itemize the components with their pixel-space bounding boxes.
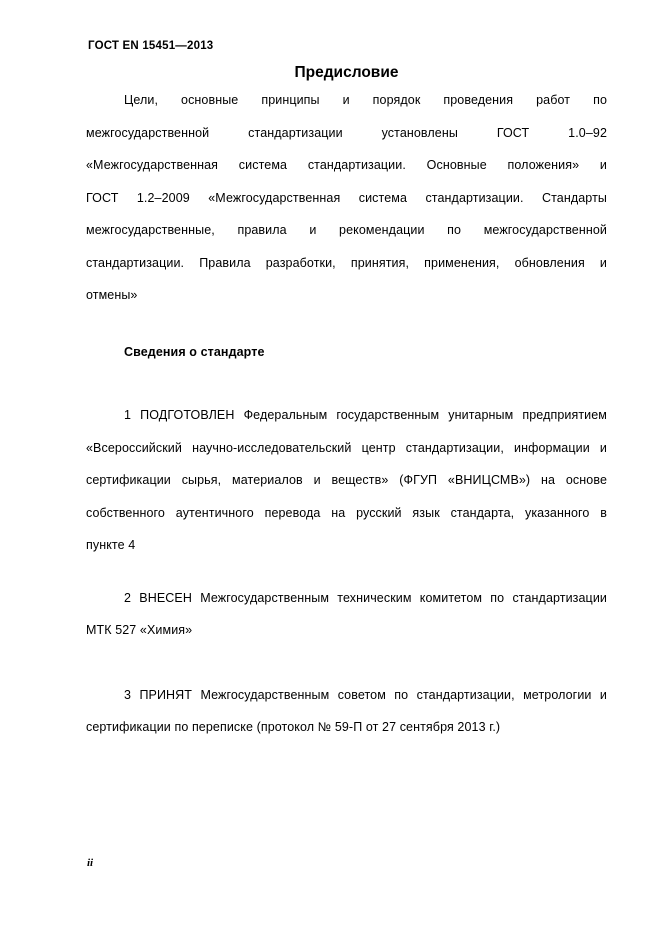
text-line: сертификации сырья, материалов и веществ… bbox=[86, 464, 607, 497]
document-page: ГОСТ EN 15451—2013 Предисловие Цели, осн… bbox=[0, 0, 661, 935]
text-line: собственного аутентичного перевода на ру… bbox=[86, 497, 607, 530]
text-line: сертификации по переписке (протокол № 59… bbox=[86, 711, 607, 744]
intro-paragraph: Цели, основные принципы и порядок провед… bbox=[86, 84, 607, 312]
text-line: 1 ПОДГОТОВЛЕН Федеральным государственны… bbox=[86, 399, 607, 432]
text-line: «Всероссийский научно-исследовательский … bbox=[86, 432, 607, 465]
text-line: пункте 4 bbox=[86, 529, 607, 562]
text-line: 2 ВНЕСЕН Межгосударственным техническим … bbox=[86, 582, 607, 615]
text-line: отмены» bbox=[86, 279, 607, 312]
text-line: межгосударственные, правила и рекомендац… bbox=[86, 214, 607, 247]
text-line: «Межгосударственная система стандартизац… bbox=[86, 149, 607, 182]
document-code: ГОСТ EN 15451—2013 bbox=[88, 40, 607, 54]
text-line: 3 ПРИНЯТ Межгосударственным советом по с… bbox=[86, 679, 607, 712]
text-line: межгосударственной стандартизации устано… bbox=[86, 117, 607, 150]
standard-info-item-1: 1 ПОДГОТОВЛЕН Федеральным государственны… bbox=[86, 399, 607, 562]
text-line: ГОСТ 1.2–2009 «Межгосударственная систем… bbox=[86, 182, 607, 215]
section-heading: Сведения о стандарте bbox=[86, 336, 607, 369]
standard-info-item-2: 2 ВНЕСЕН Межгосударственным техническим … bbox=[86, 582, 607, 647]
standard-info-item-3: 3 ПРИНЯТ Межгосударственным советом по с… bbox=[86, 679, 607, 744]
text-line: стандартизации. Правила разработки, прин… bbox=[86, 247, 607, 280]
page-title: Предисловие bbox=[86, 64, 607, 83]
text-line: Цели, основные принципы и порядок провед… bbox=[86, 84, 607, 117]
text-line: МТК 527 «Химия» bbox=[86, 614, 607, 647]
page-number: ii bbox=[87, 858, 93, 869]
